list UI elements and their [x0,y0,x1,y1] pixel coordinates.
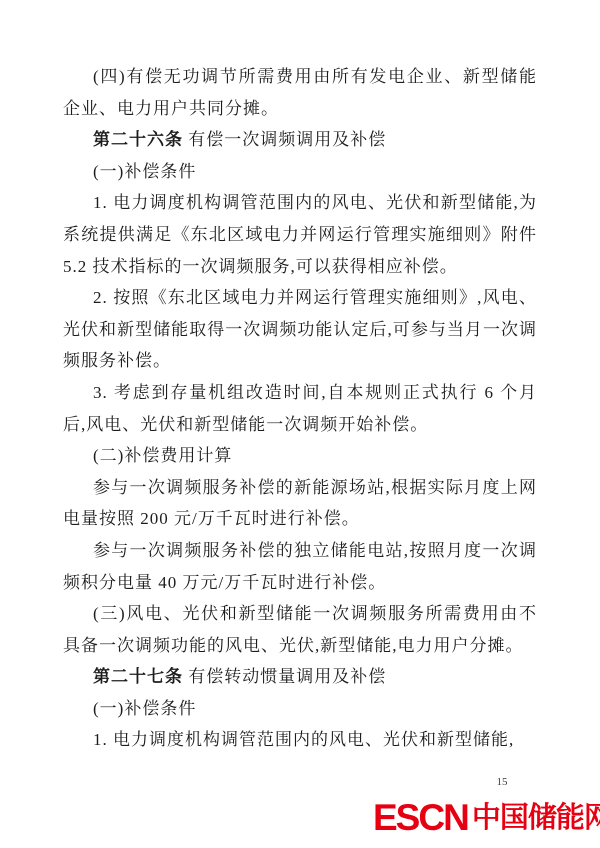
article-number: 第二十六条 [93,130,183,149]
article-number: 第二十七条 [93,667,183,686]
paragraph: 3. 考虑到存量机组改造时间,自本规则正式执行 6 个月后,风电、光伏和新型储能… [63,377,537,440]
page-number: 15 [492,775,512,789]
document-page: (四)有偿无功调节所需费用由所有发电企业、新型储能企业、电力用户共同分摊。第二十… [0,0,600,848]
paragraph: 2. 按照《东北区域电力并网运行管理实施细则》,风电、光伏和新型储能取得一次调频… [63,282,537,377]
escn-logo-chinese-text: 中国储能网 [472,798,600,838]
paragraph: (三)风电、光伏和新型储能一次调频服务所需费用由不具备一次调频功能的风电、光伏,… [63,598,537,661]
paragraph: (一)补偿条件 [63,693,537,725]
paragraph: (四)有偿无功调节所需费用由所有发电企业、新型储能企业、电力用户共同分摊。 [63,61,537,124]
paragraph: (一)补偿条件 [63,156,537,188]
article-heading: 第二十七条 有偿转动惯量调用及补偿 [63,661,537,693]
document-body: (四)有偿无功调节所需费用由所有发电企业、新型储能企业、电力用户共同分摊。第二十… [63,61,537,756]
escn-logo-latin-text: ESCN [373,798,468,838]
paragraph: 参与一次调频服务补偿的新能源场站,根据实际月度上网电量按照 200 元/万千瓦时… [63,472,537,535]
paragraph: 参与一次调频服务补偿的独立储能电站,按照月度一次调频积分电量 40 万元/万千瓦… [63,535,537,598]
paragraph: 1. 电力调度机构调管范围内的风电、光伏和新型储能,为系统提供满足《东北区域电力… [63,187,537,282]
paragraph: 1. 电力调度机构调管范围内的风电、光伏和新型储能, [63,724,537,756]
paragraph: (二)补偿费用计算 [63,440,537,472]
article-heading: 第二十六条 有偿一次调频调用及补偿 [63,124,537,156]
escn-logo: ESCN 中国储能网 [373,798,600,838]
